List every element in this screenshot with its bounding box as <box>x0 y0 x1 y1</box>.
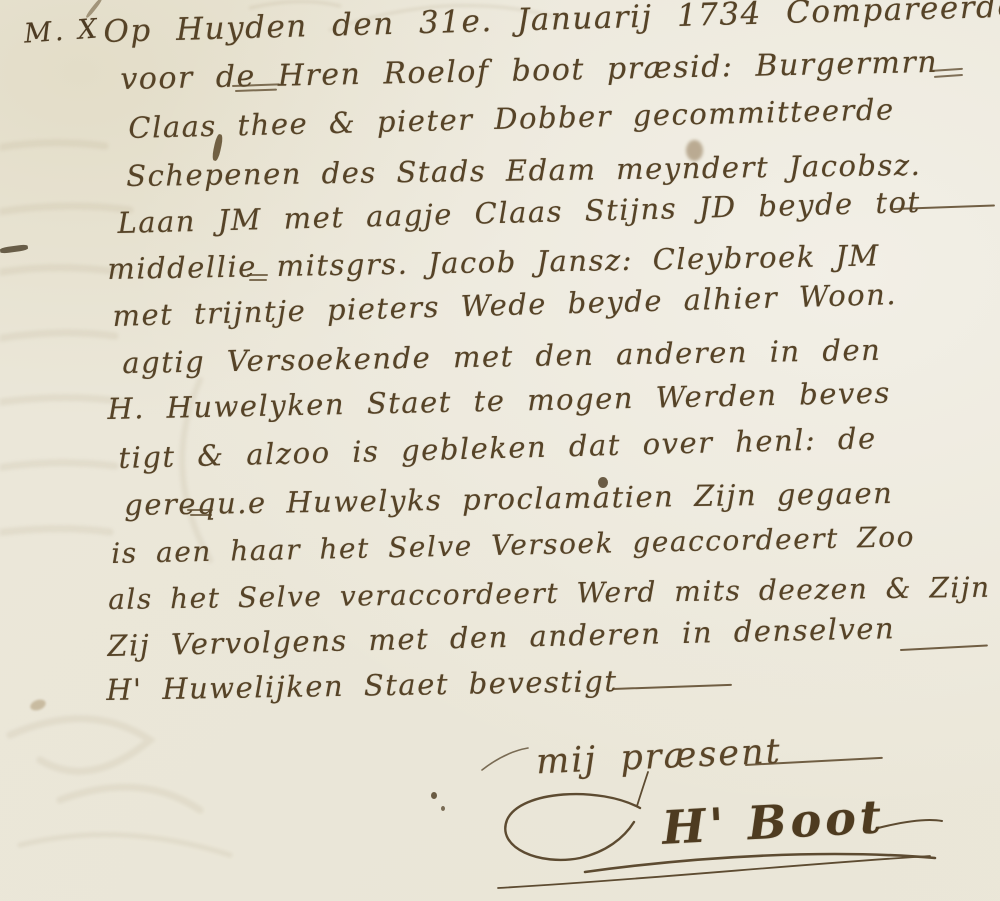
text-line-12: is aen haar het Selve Versoek geaccordee… <box>111 520 915 570</box>
text-line-11: gerequ.e Huwelyks proclamatien Zijn gega… <box>124 476 894 522</box>
text-line-14: Zij Vervolgens met den anderen in densel… <box>107 611 896 663</box>
ink-smudge <box>686 140 703 161</box>
ink-dot-2 <box>441 806 445 811</box>
text-line-6: middellie mitsgrs. Jacob Jansz: Cleybroe… <box>107 239 880 286</box>
text-line-5: Laan JM met aagje Claas Stijns JD beyde … <box>117 185 921 240</box>
text-line-15: H' Huwelijken Staet bevestigt <box>106 664 618 707</box>
underline-mitsgrs-2 <box>249 279 267 281</box>
text-line-10: tigt & alzoo is gebleken dat over henl: … <box>118 421 877 475</box>
dash-after-denselven <box>900 644 988 651</box>
edge-mark <box>0 244 28 254</box>
ink-dot-1 <box>431 792 437 799</box>
fox-stain <box>29 698 47 713</box>
text-line-1: Op Huyden den 31e. Januarij 1734 Compare… <box>103 0 1000 50</box>
manuscript-page: M. X Op Huyden den 31e. Januarij 1734 Co… <box>0 0 1000 901</box>
underline-mitsgrs-1 <box>247 274 268 276</box>
underline-gereque-1 <box>187 509 213 511</box>
text-line-9: H. Huwelyken Staet te mogen Werden beves <box>107 376 891 426</box>
underline-gereque-2 <box>190 514 212 516</box>
ink-blot <box>598 477 608 488</box>
text-line-8: agtig Versoekende met den anderen in den <box>122 333 882 380</box>
dash-after-bevestigt <box>612 684 732 690</box>
signature-h-boot: H' Boot <box>661 789 887 855</box>
text-line-7: met trijntje pieters Wede beyde alhier W… <box>112 277 897 333</box>
text-line-3: Claas thee & pieter Dobber gecommitteerd… <box>128 92 895 145</box>
margin-note: M. X <box>23 13 101 49</box>
closing-phrase: mij præsent <box>535 732 782 783</box>
text-line-13: als het Selve veraccordeert Werd mits de… <box>108 571 991 616</box>
text-line-4: Schepenen des Stads Edam meyndert Jacobs… <box>126 148 922 193</box>
